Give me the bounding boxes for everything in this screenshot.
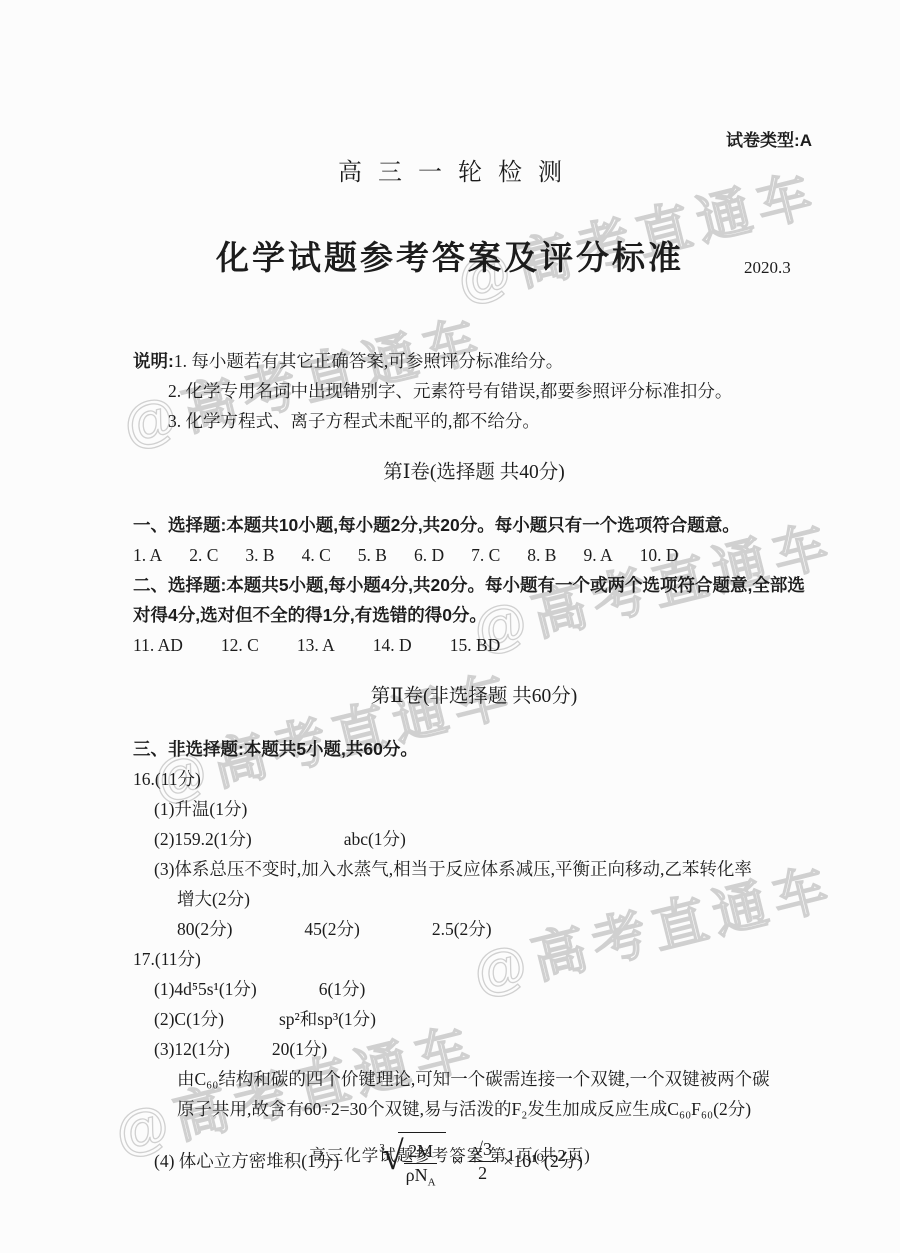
q16-answer-1: (1)升温(1分): [133, 794, 815, 824]
q17-explanation-line1: 由C₆₀结构和碳的四个价键理论,可知一个碳需连接一个双键,一个双键被两个碳: [133, 1064, 815, 1094]
q16-answer-3-values: 80(2分) 45(2分) 2.5(2分): [133, 914, 815, 944]
value-item: 2.5(2分): [432, 914, 492, 944]
q17-answer-3: (3)12(1分) 20(1分): [133, 1034, 815, 1064]
answer-item: 7. C: [471, 540, 500, 570]
answer-item: 5. B: [358, 540, 387, 570]
page-footer: 高三化学试题参考答案 第1页(共2页): [0, 1142, 900, 1166]
exam-body: 说明:1. 每小题若有其它正确答案,可参照评分标准给分。 2. 化学专用名词中出…: [133, 346, 815, 1192]
question-17-number: 17.(11分): [133, 944, 815, 974]
value-item: 80(2分): [177, 914, 232, 944]
q17-answer-1-left: (1)4d⁵5s¹(1分): [154, 974, 257, 1004]
answer-item: 6. D: [414, 540, 444, 570]
q17-answer-2-right: sp²和sp³(1分): [279, 1004, 376, 1034]
q17-answer-1: (1)4d⁵5s¹(1分) 6(1分): [133, 974, 815, 1004]
notes-line-1: 说明:1. 每小题若有其它正确答案,可参照评分标准给分。: [133, 346, 815, 376]
q16-answer-3-line1: (3)体系总压不变时,加入水蒸气,相当于反应体系减压,平衡正向移动,乙苯转化率: [133, 854, 815, 884]
q17-answer-1-right: 6(1分): [319, 974, 366, 1004]
section2-intro: 二、选择题:本题共5小题,每小题4分,共20分。每小题有一个或两个选项符合题意,…: [133, 570, 815, 630]
answer-item: 12. C: [221, 630, 259, 660]
section2-answers: 11. AD 12. C 13. A 14. D 15. BD: [133, 630, 815, 660]
exam-subtitle: 高三一轮检测: [0, 152, 900, 187]
notes-item-3: 3. 化学方程式、离子方程式未配平的,都不给分。: [133, 406, 815, 436]
answer-item: 3. B: [245, 540, 274, 570]
answer-item: 9. A: [583, 540, 612, 570]
notes-label: 说明:: [133, 351, 174, 371]
answer-item: 8. B: [527, 540, 556, 570]
notes-item-2: 2. 化学专用名词中出现错别字、元素符号有错误,都要参照评分标准扣分。: [133, 376, 815, 406]
exam-answer-page: @高考直通车 @高考直通车 @高考直通车 @高考直通车 @高考直通车 @高考直通…: [0, 0, 900, 1253]
answer-item: 13. A: [297, 630, 335, 660]
q16-answer-3-line2: 增大(2分): [133, 884, 815, 914]
q17-answer-2: (2)C(1分) sp²和sp³(1分): [133, 1004, 815, 1034]
section1-answers: 1. A 2. C 3. B 4. C 5. B 6. D 7. C 8. B …: [133, 540, 815, 570]
section1-intro: 一、选择题:本题共10小题,每小题2分,共20分。每小题只有一个选项符合题意。: [133, 510, 815, 540]
q17-answer-3-left: (3)12(1分): [154, 1034, 230, 1064]
q16-answer-2-right: abc(1分): [344, 824, 406, 854]
answer-item: 4. C: [302, 540, 331, 570]
part1-heading: 第Ⅰ卷(选择题 共40分): [133, 458, 815, 488]
fraction-denominator: ρNA: [402, 1164, 440, 1190]
paper-type-label: 试卷类型:A: [726, 126, 812, 151]
notes-item-1: 1. 每小题若有其它正确答案,可参照评分标准给分。: [174, 351, 563, 371]
q16-answer-2: (2)159.2(1分) abc(1分): [133, 824, 815, 854]
part2-heading: 第Ⅱ卷(非选择题 共60分): [133, 682, 815, 712]
answer-item: 2. C: [189, 540, 218, 570]
answer-item: 1. A: [133, 540, 162, 570]
answer-item: 14. D: [373, 630, 412, 660]
q17-explanation-line2: 原子共用,故含有60÷2=30个双键,易与活泼的F₂发生加成反应生成C₆₀F₆₀…: [133, 1094, 815, 1124]
q17-answer-3-right: 20(1分): [272, 1034, 327, 1064]
q17-answer-2-left: (2)C(1分): [154, 1004, 224, 1034]
value-item: 45(2分): [304, 914, 359, 944]
notes-block: 说明:1. 每小题若有其它正确答案,可参照评分标准给分。 2. 化学专用名词中出…: [133, 346, 815, 436]
section3-intro: 三、非选择题:本题共5小题,共60分。: [133, 734, 815, 764]
q16-answer-2-left: (2)159.2(1分): [154, 824, 252, 854]
question-16-number: 16.(11分): [133, 764, 815, 794]
answer-item: 15. BD: [450, 630, 501, 660]
exam-date: 2020.3: [744, 258, 791, 278]
answer-item: 11. AD: [133, 630, 183, 660]
answer-item: 10. D: [640, 540, 679, 570]
